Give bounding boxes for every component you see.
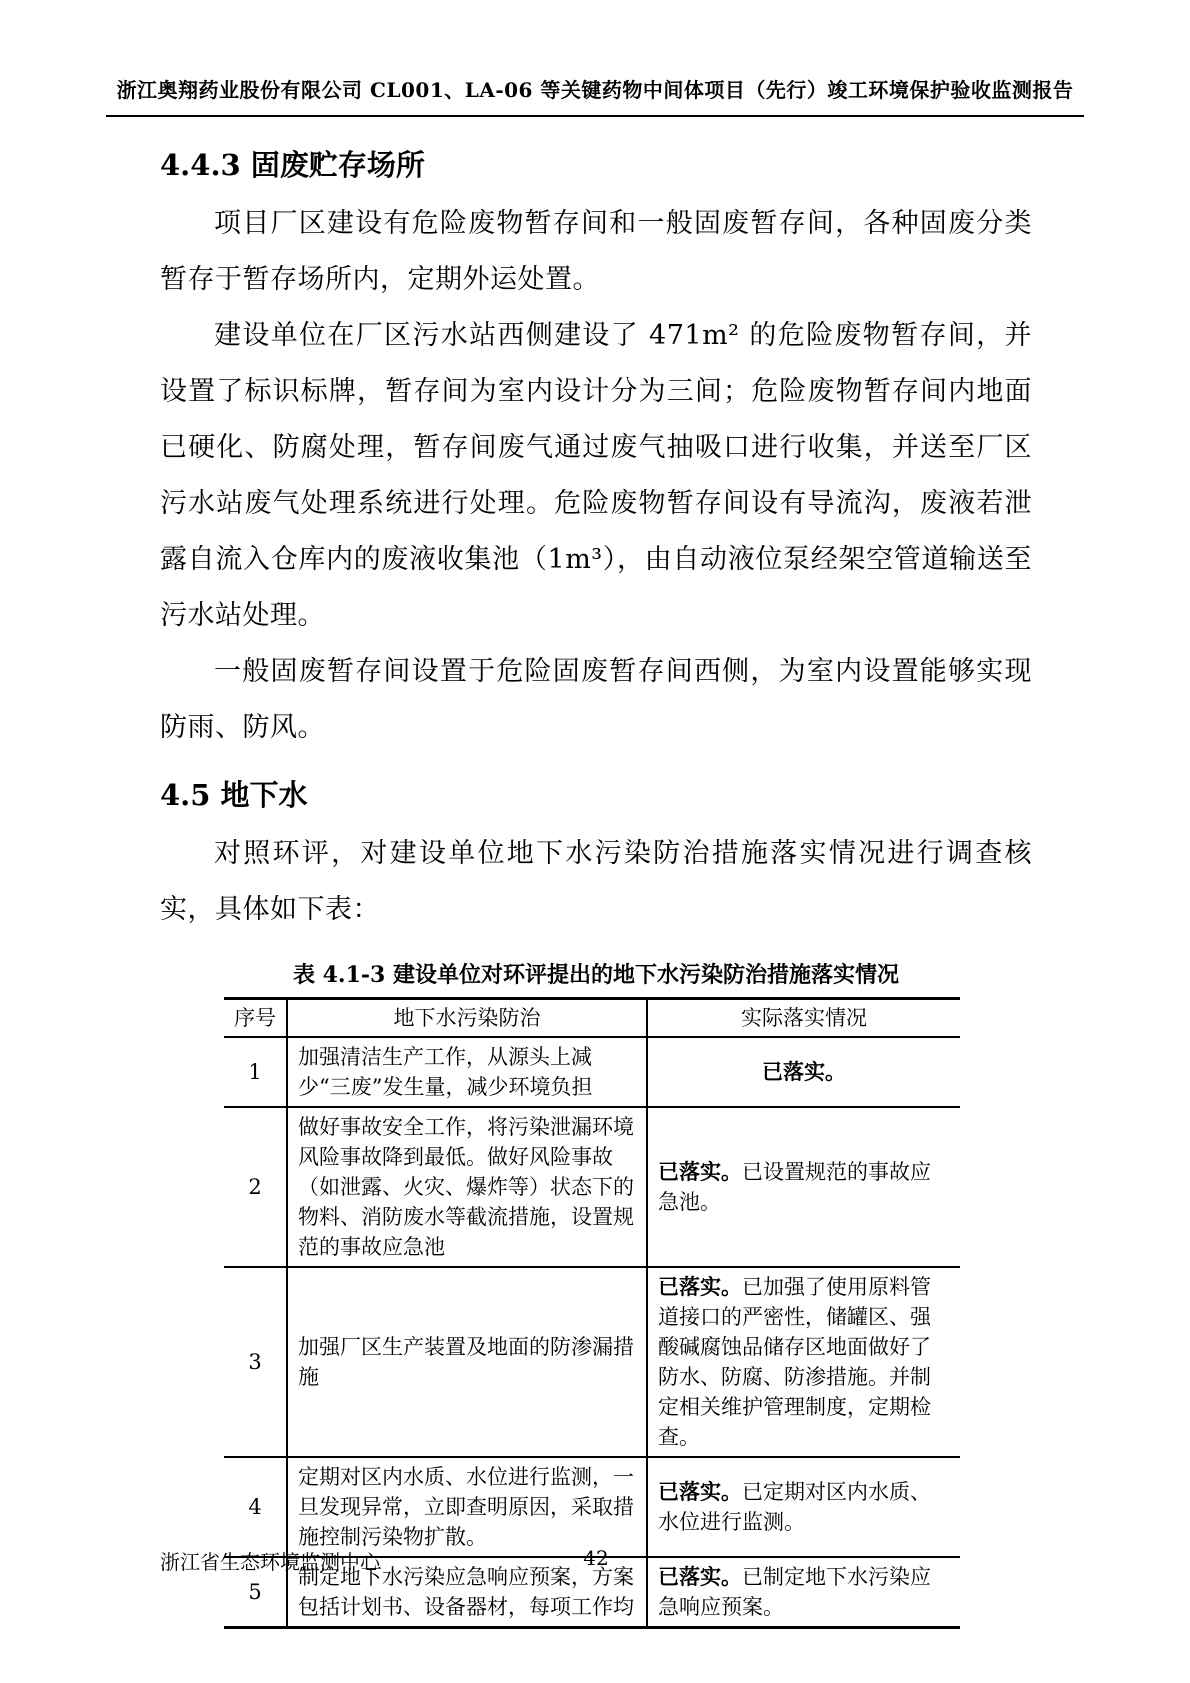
table-row: 1 加强清洁生产工作，从源头上减少“三废”发生量，减少环境负担 已落实。: [224, 1037, 960, 1107]
paragraph-443-3: 一般固废暂存间设置于危险固废暂存间西侧，为室内设置能够实现防雨、防风。: [160, 644, 1032, 756]
cell-measure: 做好事故安全工作，将污染泄漏环境风险事故降到最低。做好风险事故（如泄露、火灾、爆…: [287, 1107, 647, 1267]
cell-measure: 定期对区内水质、水位进行监测，一旦发现异常，立即查明原因，采取措施控制污染物扩散…: [287, 1457, 647, 1557]
section-heading-4-5: 4.5 地下水: [160, 774, 1032, 816]
cell-no: 4: [224, 1457, 287, 1557]
paragraph-443-1: 项目厂区建设有危险废物暂存间和一般固废暂存间，各种固废分类暂存于暂存场所内，定期…: [160, 196, 1032, 308]
table-caption: 表 4.1-3 建设单位对环评提出的地下水污染防治措施落实情况: [160, 958, 1032, 989]
section-heading-4-4-3: 4.4.3 固废贮存场所: [160, 144, 1032, 186]
table-row: 2 做好事故安全工作，将污染泄漏环境风险事故降到最低。做好风险事故（如泄露、火灾…: [224, 1107, 960, 1267]
page-footer: 浙江省生态环境监测中心 42: [160, 1546, 1032, 1570]
status-detail: 已加强了使用原料管道接口的严密性，储罐区、强酸碱腐蚀品储存区地面做好了防水、防腐…: [658, 1275, 931, 1449]
header-cell-measure: 地下水污染防治: [287, 999, 647, 1038]
table-row: 4 定期对区内水质、水位进行监测，一旦发现异常，立即查明原因，采取措施控制污染物…: [224, 1457, 960, 1557]
cell-measure: 加强清洁生产工作，从源头上减少“三废”发生量，减少环境负担: [287, 1037, 647, 1107]
footer-organization: 浙江省生态环境监测中心: [160, 1546, 380, 1575]
header-cell-no: 序号: [224, 999, 287, 1038]
status-implemented-label: 已落实。: [762, 1059, 846, 1084]
groundwater-measures-table: 序号 地下水污染防治 实际落实情况 1 加强清洁生产工作，从源头上减少“三废”发…: [224, 997, 960, 1629]
status-implemented-label: 已落实。: [658, 1274, 742, 1299]
cell-no: 1: [224, 1037, 287, 1107]
page-header: 浙江奥翔药业股份有限公司 CL001、LA-06 等关键药物中间体项目（先行）竣…: [106, 74, 1084, 117]
cell-no: 3: [224, 1267, 287, 1457]
status-implemented-label: 已落实。: [658, 1159, 742, 1184]
cell-measure: 加强厂区生产装置及地面的防渗漏措施: [287, 1267, 647, 1457]
report-page: 浙江奥翔药业股份有限公司 CL001、LA-06 等关键药物中间体项目（先行）竣…: [0, 0, 1190, 1683]
cell-no: 2: [224, 1107, 287, 1267]
page-content: 4.4.3 固废贮存场所 项目厂区建设有危险废物暂存间和一般固废暂存间，各种固废…: [160, 118, 1032, 1629]
cell-status: 已落实。: [647, 1037, 960, 1107]
paragraph-45-1: 对照环评，对建设单位地下水污染防治措施落实情况进行调查核实，具体如下表：: [160, 826, 1032, 938]
paragraph-443-2: 建设单位在厂区污水站西侧建设了 471m² 的危险废物暂存间，并设置了标识标牌，…: [160, 308, 1032, 644]
header-title: 浙江奥翔药业股份有限公司 CL001、LA-06 等关键药物中间体项目（先行）竣…: [117, 78, 1074, 102]
header-cell-status: 实际落实情况: [647, 999, 960, 1038]
status-implemented-label: 已落实。: [658, 1479, 742, 1504]
cell-status: 已落实。已设置规范的事故应急池。: [647, 1107, 960, 1267]
cell-status: 已落实。已定期对区内水质、水位进行监测。: [647, 1457, 960, 1557]
table-header-row: 序号 地下水污染防治 实际落实情况: [224, 999, 960, 1038]
cell-status: 已落实。已加强了使用原料管道接口的严密性，储罐区、强酸碱腐蚀品储存区地面做好了防…: [647, 1267, 960, 1457]
table-row: 3 加强厂区生产装置及地面的防渗漏措施 已落实。已加强了使用原料管道接口的严密性…: [224, 1267, 960, 1457]
